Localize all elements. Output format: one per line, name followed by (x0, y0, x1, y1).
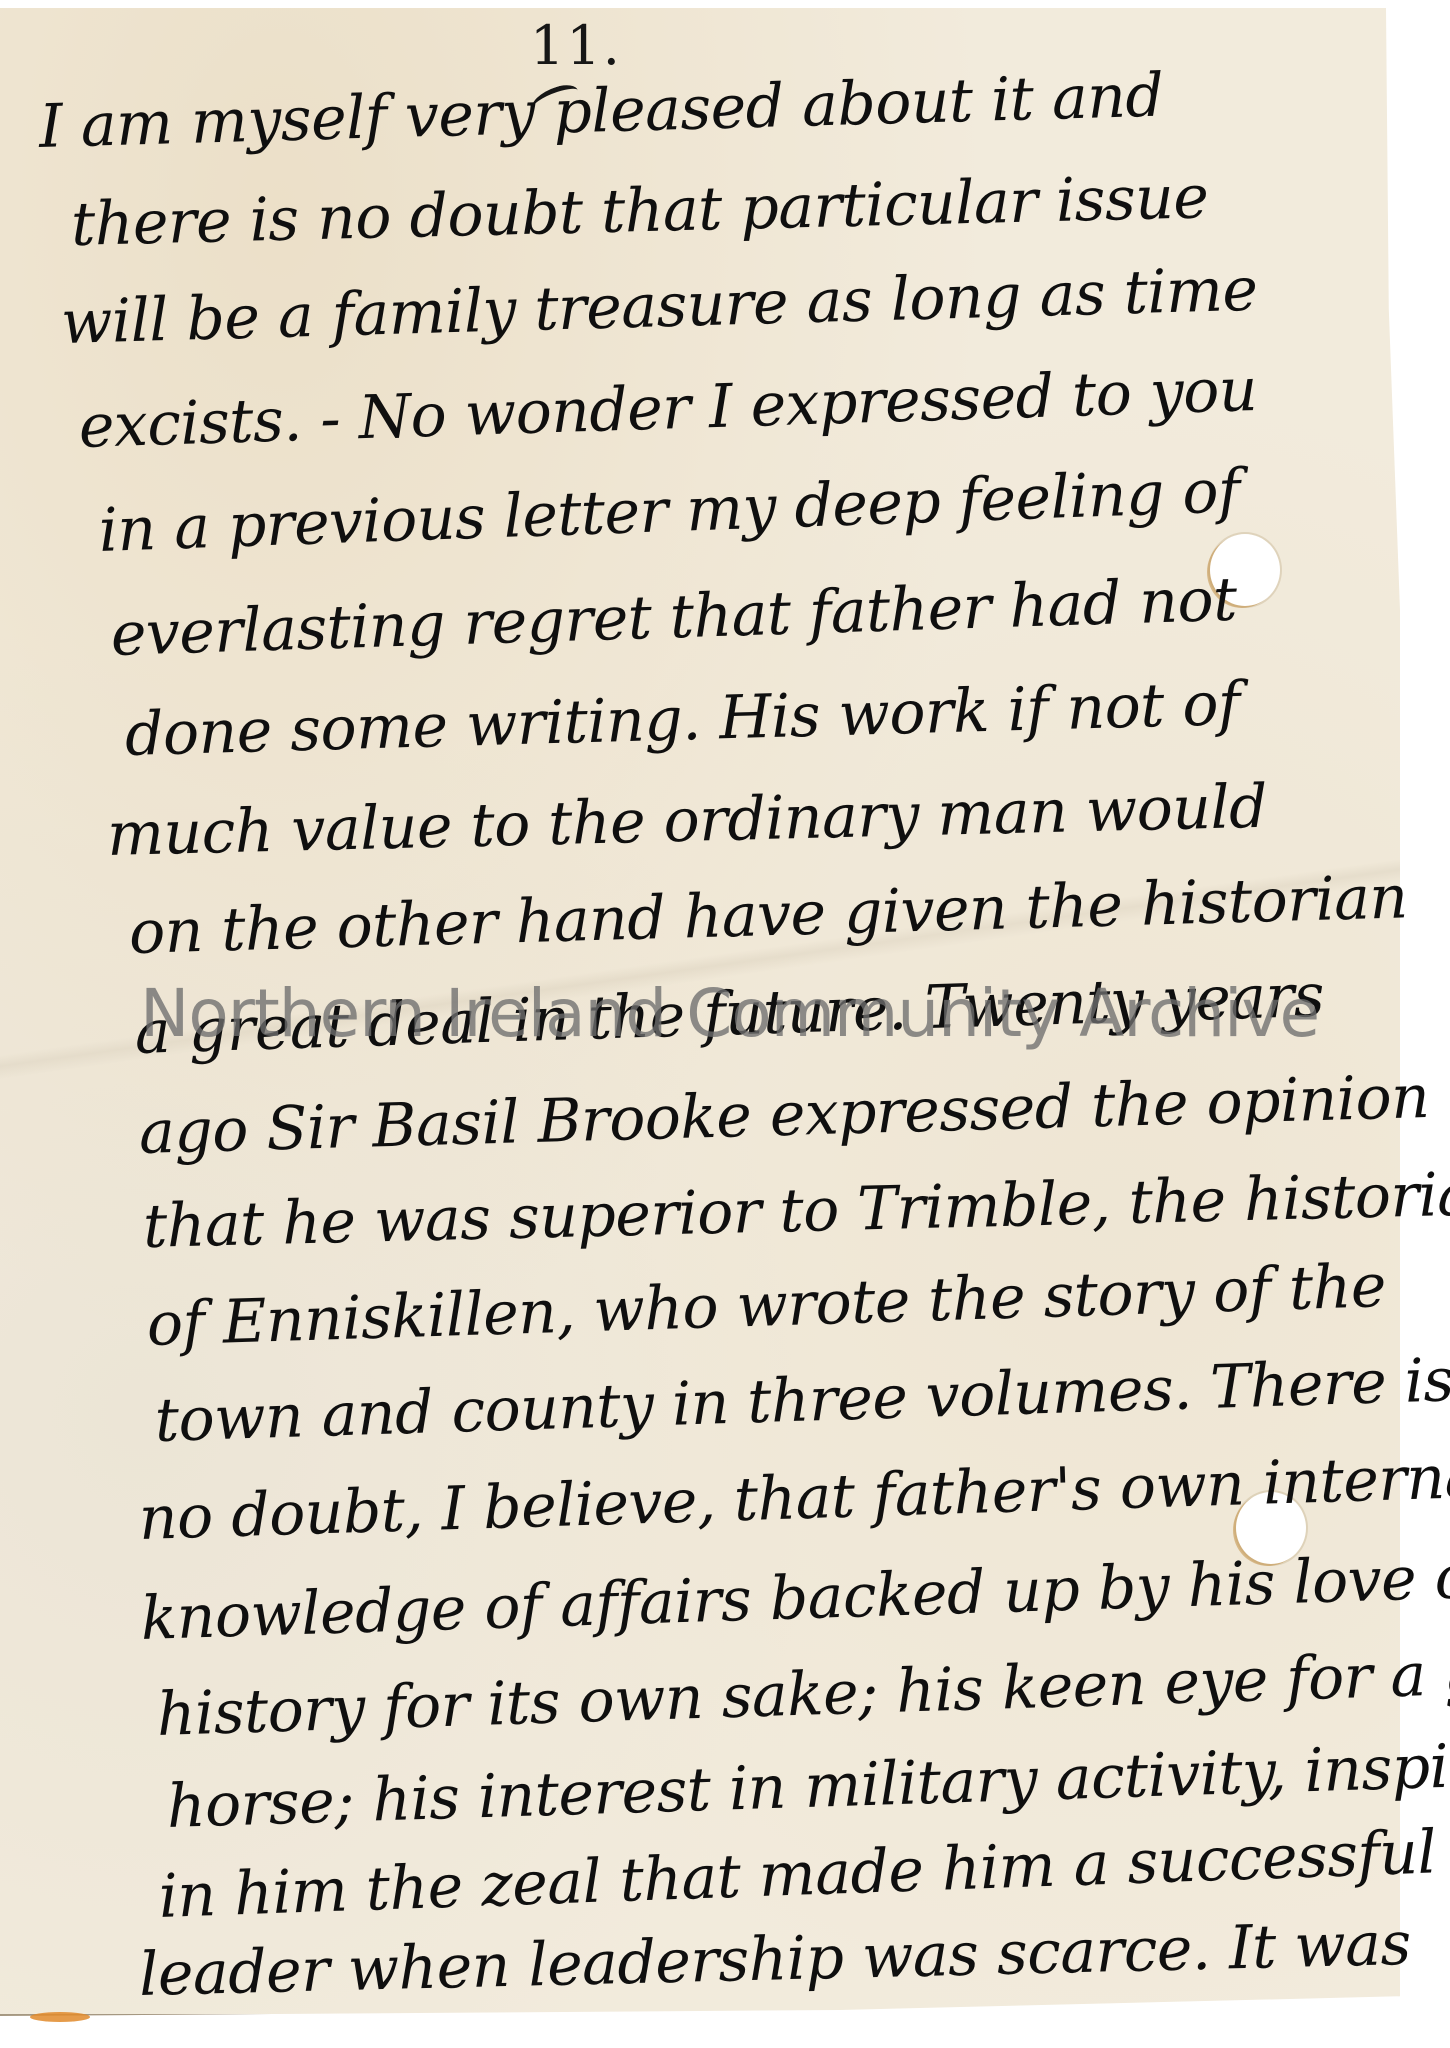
letter-line-9: on the other hand have given the histori… (128, 862, 1408, 968)
letter-line-5: in a previous letter my deep feeling of (98, 456, 1241, 566)
letter-line-17: history for its own sake; his keen eye f… (156, 1635, 1450, 1750)
letter-line-7: done some writing. His work if not of (124, 669, 1241, 770)
letter-line-15: no doubt, I believe, that father's own i… (138, 1441, 1450, 1554)
letter-body: I am myself very pleased about it and th… (0, 0, 1450, 2048)
letter-line-2: there is no doubt that particular issue (70, 162, 1209, 260)
letter-line-16: knowledge of affairs backed up by his lo… (140, 1542, 1450, 1654)
letter-line-10: a great deal in the future. Twenty years (134, 961, 1325, 1068)
letter-line-4: excists. - No wonder I expressed to you (78, 355, 1258, 462)
letter-line-11: ago Sir Basil Brooke expressed the opini… (138, 1062, 1430, 1168)
letter-line-1: I am myself very pleased about it and (38, 61, 1164, 162)
letter-line-12: that he was superior to Trimble, the his… (142, 1159, 1450, 1262)
letter-line-14: town and county in three volumes. There … (154, 1345, 1450, 1456)
letter-line-6: everlasting regret that father had not (110, 565, 1238, 670)
letter-line-13: of Enniskillen, who wrote the story of t… (146, 1251, 1387, 1360)
letter-line-8: much value to the ordinary man would (106, 772, 1268, 870)
letter-line-3: will be a family treasure as long as tim… (60, 255, 1258, 358)
